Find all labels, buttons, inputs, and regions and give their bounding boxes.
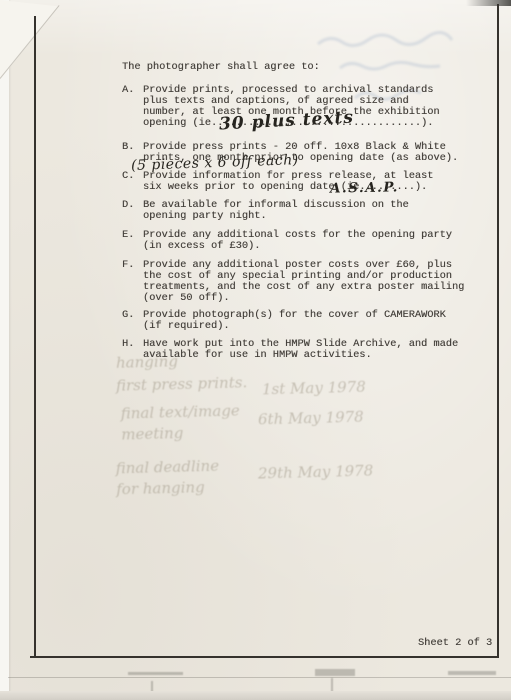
scan-bottom-edge [0,691,511,700]
pencil-note: final deadline for hanging [115,456,219,501]
scanned-document-page: The photographer shall agree to: A. Prov… [0,0,511,700]
pencil-note-date: 29th May 1978 [258,460,374,484]
copy-smudge [315,669,355,676]
item-text: Provide photograph(s) for the cover of C… [143,310,482,332]
item-text: Provide information for press release, a… [143,171,482,193]
document-heading: The photographer shall agree to: [122,62,320,73]
pencil-note-date: 6th May 1978 [258,407,364,431]
sheet-number-label: Sheet 2 of 3 [418,638,492,649]
item-text: Provide any additional costs for the ope… [143,230,482,252]
item-text: Be available for informal discussion on … [143,200,482,222]
item-text: Have work put into the HMPW Slide Archiv… [143,339,482,361]
pencil-note: final text/image meeting [120,400,240,445]
pencil-note: first press prints. [116,372,248,396]
page-border-right [497,4,499,658]
pencil-note-date: 1st May 1978 [262,377,366,401]
item-letter: F. [122,260,143,304]
copy-edge-line [8,677,511,678]
agreement-item-g: G. Provide photograph(s) for the cover o… [122,310,482,332]
copy-smudge [128,672,183,675]
item-letter: A. [122,85,143,129]
agreement-item-c: C. Provide information for press release… [122,171,482,193]
item-letter: E. [122,230,143,252]
page-border-left [34,16,36,658]
copy-smudge [331,678,333,692]
item-letter: C. [122,171,143,193]
scan-edge-smudge [466,0,511,6]
page-border-bottom [30,656,499,658]
agreement-item-d: D. Be available for informal discussion … [122,200,482,222]
item-text: Provide any additional poster costs over… [143,260,482,304]
scan-left-edge [0,0,9,700]
copy-smudge [448,671,496,675]
handwritten-asap-annotation: A.S.A.P. [330,179,399,196]
agreement-item-f: F. Provide any additional poster costs o… [122,260,482,304]
item-letter: D. [122,200,143,222]
pencil-note: hanging [116,351,178,374]
item-letter: G. [122,310,143,332]
agreement-item-e: E. Provide any additional costs for the … [122,230,482,252]
